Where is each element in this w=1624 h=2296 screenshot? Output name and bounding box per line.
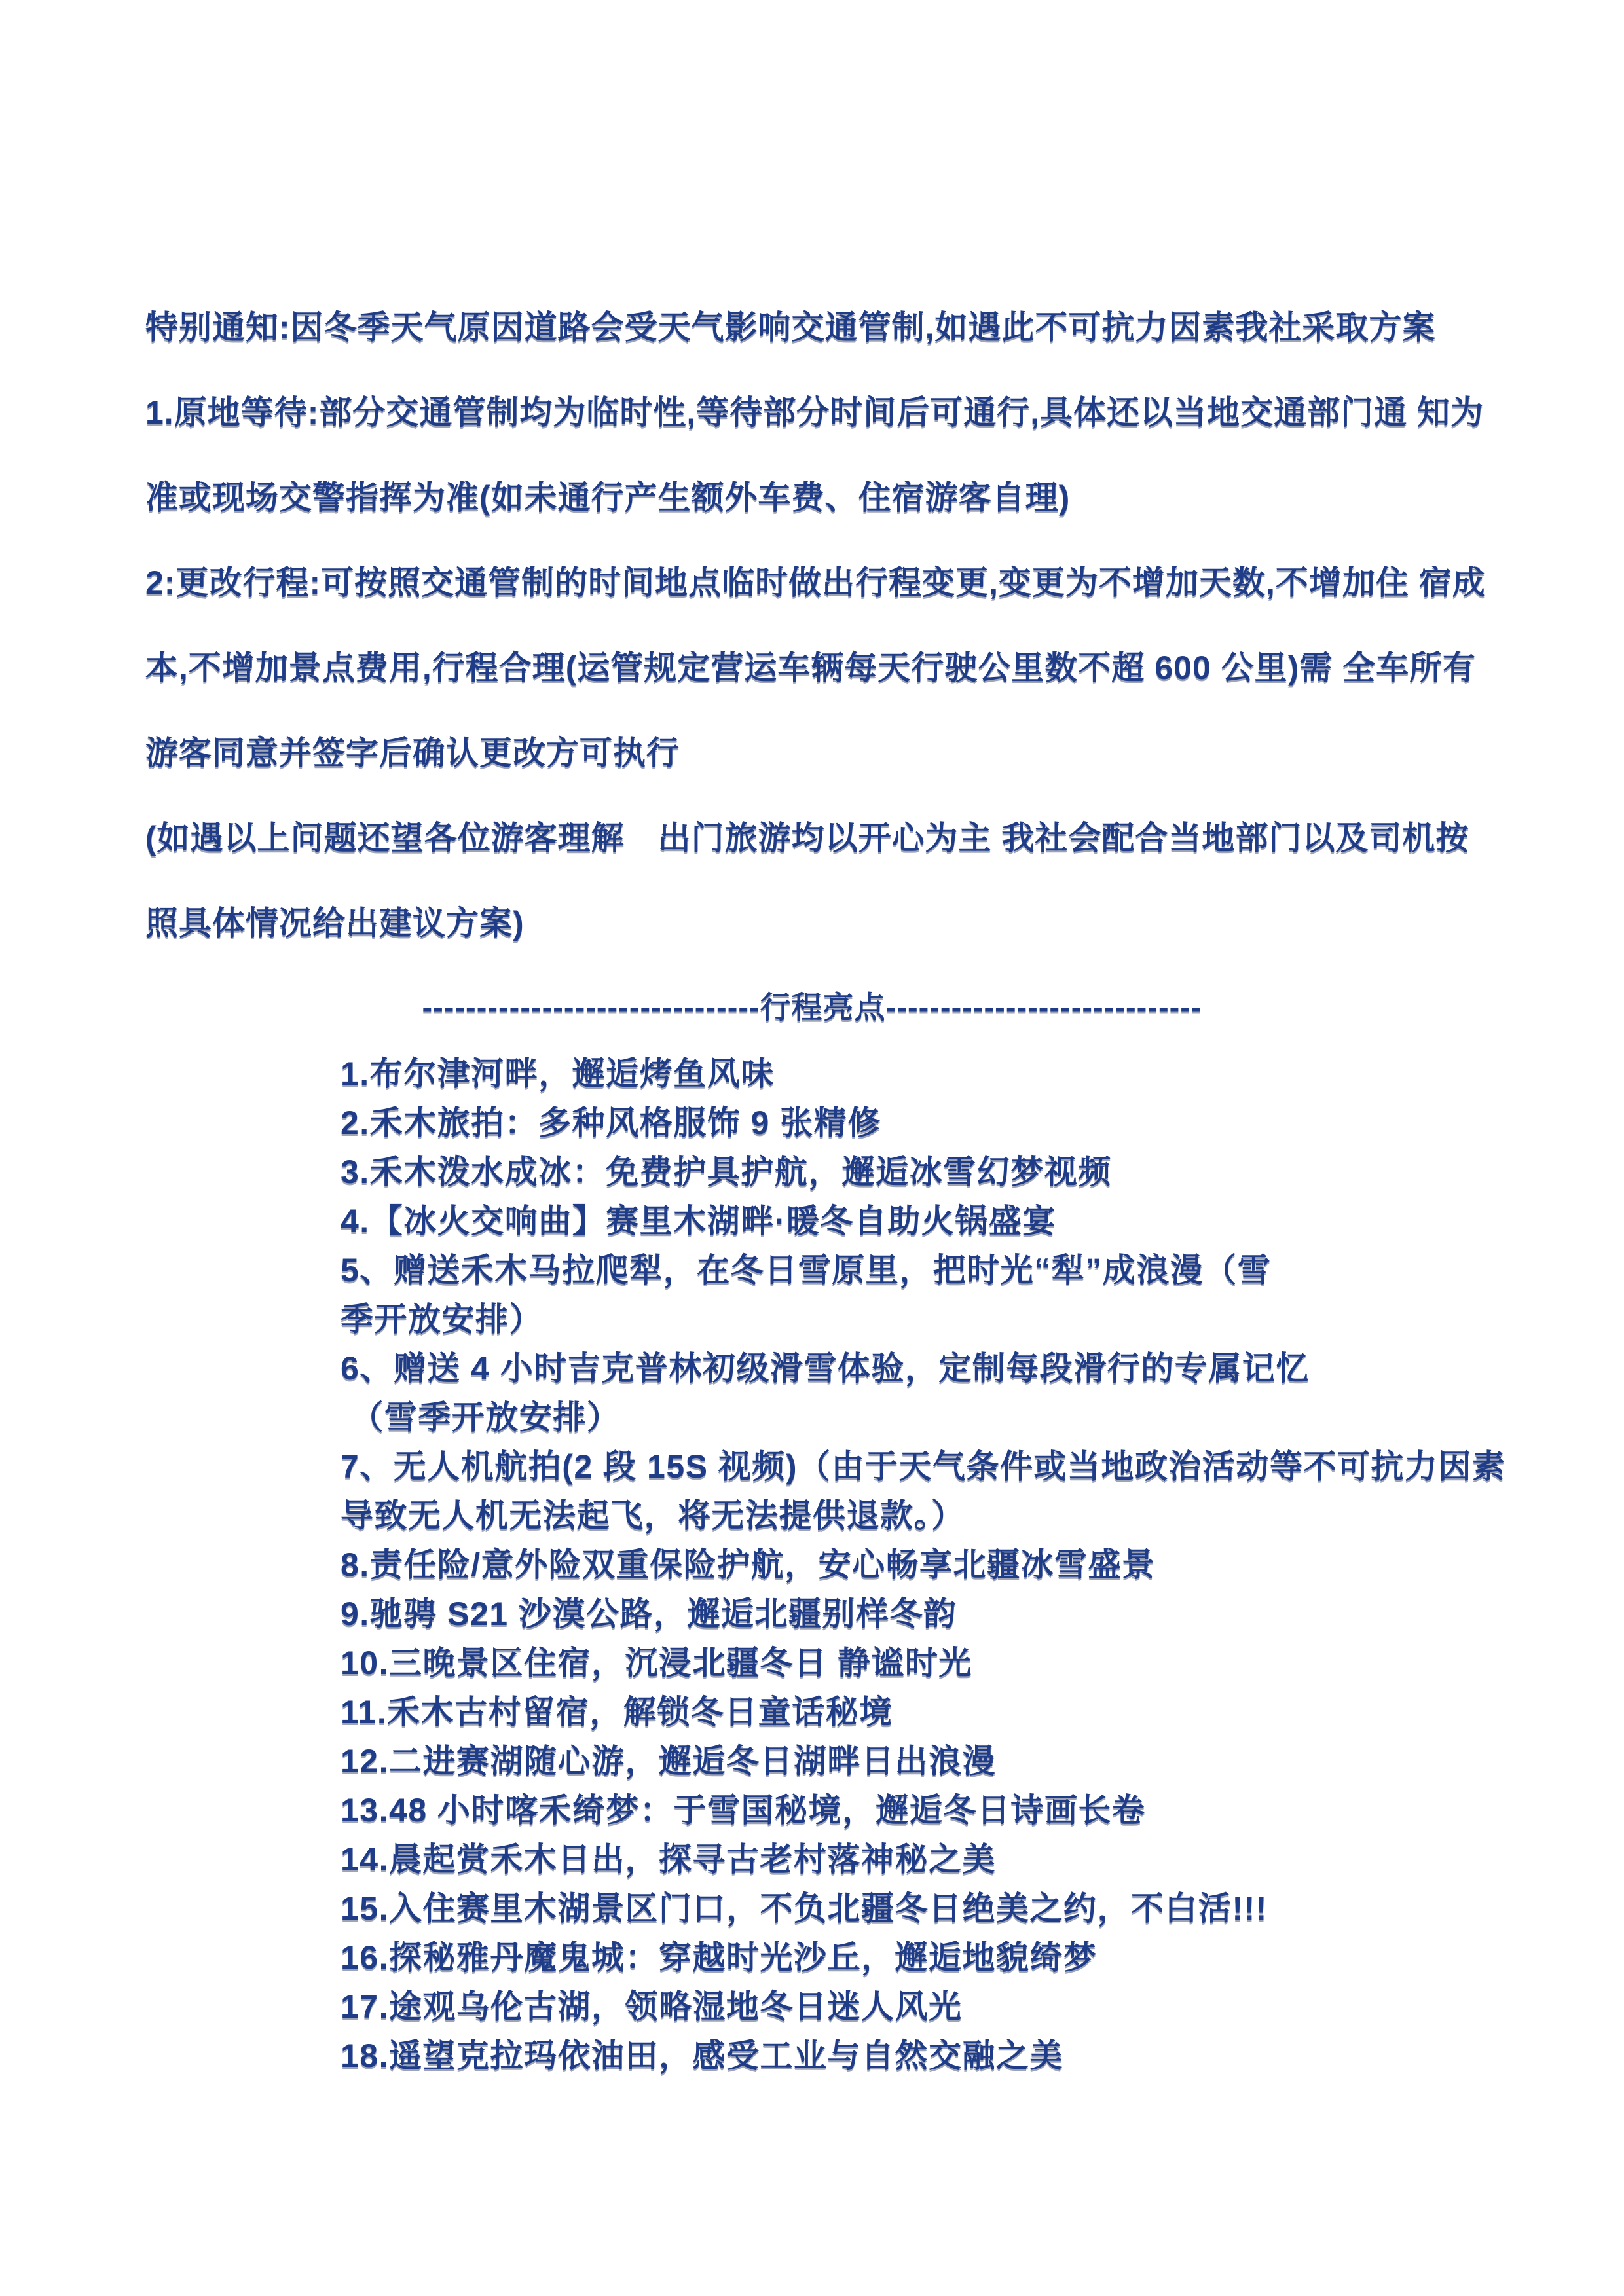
highlight-item: 9.驰骋 S21 沙漠公路，邂逅北疆别样冬韵 [341,1590,1585,1639]
divider-dashes-right: ----------------------------- [886,990,1202,1025]
highlight-item: 14.晨起赏禾木日出，探寻古老村落神秘之美 [341,1835,1585,1884]
highlight-item: 17.途观乌伦古湖，领略湿地冬日迷人风光 [341,1982,1585,2032]
notice-line: 照具体情况给出建议方案) [145,881,1540,966]
notice-line: 游客同意并签字后确认更改方可执行 [145,710,1540,795]
special-notice-paragraph: 特别通知:因冬季天气原因道路会受天气影响交通管制,如遇此不可抗力因素我社采取方案… [145,285,1540,966]
highlight-item: 10.三晚景区住宿，沉浸北疆冬日 静谧时光 [341,1639,1585,1688]
highlight-item: 1.布尔津河畔，邂逅烤鱼风味 [341,1049,1585,1099]
highlight-item: 12.二进赛湖随心游，邂逅冬日湖畔日出浪漫 [341,1737,1585,1786]
highlights-divider: -------------------------------行程亮点-----… [0,982,1624,1033]
highlight-item: 8.责任险/意外险双重保险护航，安心畅享北疆冰雪盛景 [341,1540,1585,1590]
highlight-item: 18.遥望克拉玛依油田，感受工业与自然交融之美 [341,2032,1585,2081]
highlight-item: 4.【冰火交响曲】赛里木湖畔·暖冬自助火锅盛宴 [341,1197,1585,1246]
highlight-item: 季开放安排） [341,1295,1585,1344]
notice-line: (如遇以上问题还望各位游客理解 出门旅游均以开心为主 我社会配合当地部门以及司机… [145,795,1540,881]
highlight-item: 6、赠送 4 小时吉克普林初级滑雪体验，定制每段滑行的专属记忆 [341,1344,1585,1393]
highlight-item: 13.48 小时喀禾绮梦：于雪国秘境，邂逅冬日诗画长卷 [341,1786,1585,1835]
highlight-item: 16.探秘雅丹魔鬼城：穿越时光沙丘，邂逅地貌绮梦 [341,1933,1585,1982]
notice-line: 特别通知:因冬季天气原因道路会受天气影响交通管制,如遇此不可抗力因素我社采取方案 [145,285,1540,370]
document-page: 特别通知:因冬季天气原因道路会受天气影响交通管制,如遇此不可抗力因素我社采取方案… [0,0,1624,2296]
highlight-item: （雪季开放安排） [341,1393,1585,1442]
highlight-item: 5、赠送禾木马拉爬犁，在冬日雪原里，把时光“犁”成浪漫（雪 [341,1246,1585,1295]
divider-dashes-left: ------------------------------- [422,990,760,1025]
highlight-item: 15.入住赛里木湖景区门口，不负北疆冬日绝美之约，不白活!!! [341,1884,1585,1933]
highlights-title: 行程亮点 [760,990,886,1025]
highlight-item: 3.禾木泼水成冰：免费护具护航，邂逅冰雪幻梦视频 [341,1148,1585,1197]
highlight-item: 11.禾木古村留宿，解锁冬日童话秘境 [341,1688,1585,1737]
notice-line: 准或现场交警指挥为准(如未通行产生额外车费、住宿游客自理) [145,455,1540,540]
notice-line: 本,不增加景点费用,行程合理(运管规定营运车辆每天行驶公里数不超 600 公里)… [145,625,1540,710]
notice-line: 2:更改行程:可按照交通管制的时间地点临时做出行程变更,变更为不增加天数,不增加… [145,540,1540,625]
highlight-item: 导致无人机无法起飞，将无法提供退款。） [341,1491,1585,1540]
highlight-item: 7、无人机航拍(2 段 15S 视频)（由于天气条件或当地政治活动等不可抗力因素 [341,1442,1585,1491]
notice-line: 1.原地等待:部分交通管制均为临时性,等待部分时间后可通行,具体还以当地交通部门… [145,370,1540,455]
highlight-item: 2.禾木旅拍：多种风格服饰 9 张精修 [341,1099,1585,1148]
highlights-list: 1.布尔津河畔，邂逅烤鱼风味2.禾木旅拍：多种风格服饰 9 张精修3.禾木泼水成… [341,1049,1585,2081]
